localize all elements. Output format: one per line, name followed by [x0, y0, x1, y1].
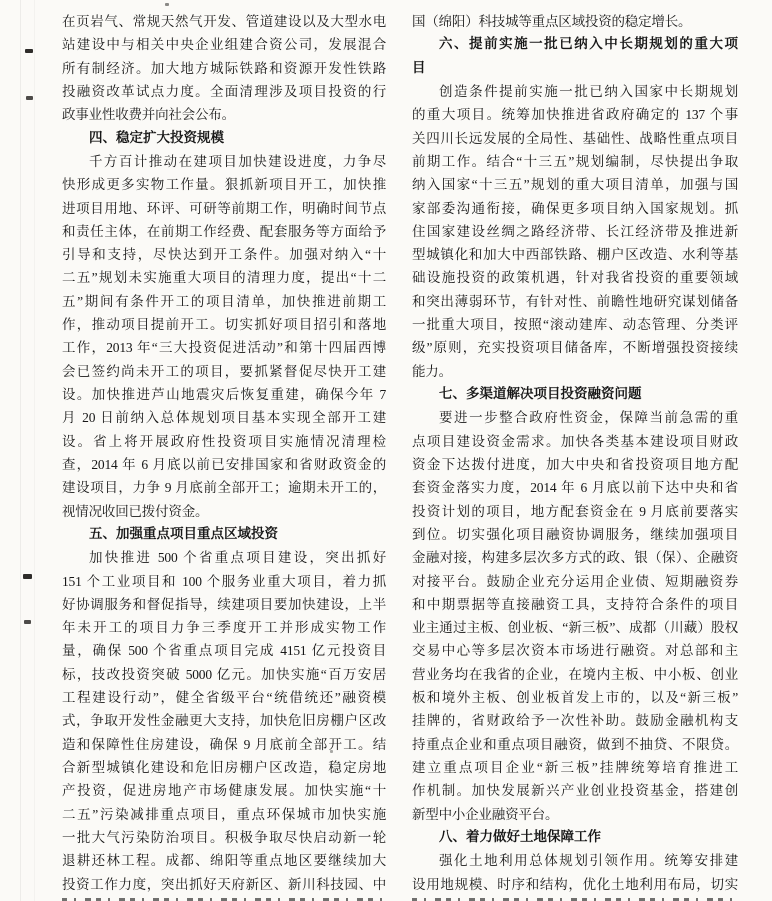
text-line: 业主通过主板、创业板、“新三板”、成都（川藏）股权 — [412, 616, 738, 639]
text-line: 营业务均在我省的企业，在境内主板、中小板、创业 — [412, 663, 738, 686]
text-line: 千方百计推动在建项目加快建设进度，力争尽 — [62, 150, 386, 173]
scan-fold-line — [34, 0, 35, 901]
text-line: 量，确保 500 个省重点项目完成 4151 亿元投资目 — [62, 639, 386, 662]
text-line: 前期工作。结合“十三五”规划编制，尽快提出争取 — [412, 150, 738, 173]
scan-speck — [26, 96, 33, 100]
heading-line: 五、加强重点项目重点区域投资 — [62, 523, 386, 546]
scan-speck — [25, 49, 33, 53]
scan-fold-line — [20, 0, 21, 901]
text-line: 一批大气污染防治项目。积极争取尽快启动新一轮 — [62, 826, 386, 849]
text-line: 资金下达拨付进度，加大中央和省投资项目地方配 — [412, 453, 738, 476]
text-line: 和责任主体，在前期工作经费、配套服务等方面给予 — [62, 220, 386, 243]
text-column-right: 国（绵阳）科技城等重点区域投资的稳定增长。六、提前实施一批已纳入中长期规划的重大… — [412, 10, 738, 896]
text-line: 设用地规模、时序和结构，优化土地利用布局，切实 — [412, 873, 738, 896]
heading-line: 四、稳定扩大投资规模 — [62, 127, 386, 150]
text-line: 的重大项目。统筹加快推进省政府确定的 137 个事 — [412, 103, 738, 126]
text-line: 二五”污染减排重点项目，重点环保城市加快实施 — [62, 803, 386, 826]
text-line: 新型中小企业融资平台。 — [412, 803, 738, 826]
text-line: 作，推动项目提前开工。切实抓好项目招引和落地 — [62, 313, 386, 336]
text-line: 式，争取开发性金融更大支持，加快危旧房棚户区改 — [62, 709, 386, 732]
text-line: 政事业性收费并向社会公布。 — [62, 103, 386, 126]
text-line: 要进一步整合政府性资金，保障当前急需的重 — [412, 406, 738, 429]
text-line: 工程建设行动”，健全省级平台“统借统还”融资模 — [62, 686, 386, 709]
heading-line: 目 — [412, 57, 738, 80]
scan-speck — [24, 620, 31, 624]
text-line: 151 个工业项目和 100 个服务业重大项目，着力抓 — [62, 570, 386, 593]
text-line: 快形成更多实物工作量。狠抓新项目开工，加快推 — [62, 173, 386, 196]
text-line: 和中期票据等直接融资工具，支持符合条件的项目 — [412, 593, 738, 616]
text-line: 住国家建设丝绸之路经济带、长江经济带及推进新 — [412, 220, 738, 243]
text-line: 投资工作力度，突出抓好天府新区、新川科技园、中 — [62, 873, 386, 896]
screenshot-root: { "document": { "kind": "scanned-governm… — [0, 0, 772, 901]
text-line: 级”原则，充实投资项目储备库，不断增强投资接续 — [412, 336, 738, 359]
text-line: 造和保障性住房建设，确保 9 月底前全部开工。结 — [62, 733, 386, 756]
scanned-page: 在页岩气、常规天然气开发、管道建设以及大型水电站建设中与相关中央企业组建合资公司… — [0, 0, 772, 901]
text-line: 工作，2013 年“三大投资促进活动”和第十四届西博 — [62, 336, 386, 359]
text-column-left: 在页岩气、常规天然气开发、管道建设以及大型水电站建设中与相关中央企业组建合资公司… — [62, 10, 386, 896]
heading-line: 六、提前实施一批已纳入中长期规划的重大项 — [412, 33, 738, 56]
text-line: 五”期间有条件开工的项目清单，加快推进前期工 — [62, 290, 386, 313]
text-line: 建设项目，力争 9 月底前全部开工；逾期未开工的， — [62, 476, 386, 499]
text-line: 引导和支持，尽快达到开工条件。加强对纳入“十 — [62, 243, 386, 266]
text-line: 能力。 — [412, 360, 738, 383]
text-line: 挂牌的，省财政给予一次性补助。鼓励金融机构支 — [412, 709, 738, 732]
text-line: 交易中心等多层次资本市场进行融资。对总部和主 — [412, 639, 738, 662]
text-line: 站建设中与相关中央企业组建合资公司，发展混合 — [62, 33, 386, 56]
text-line: 进项目用地、环评、可研等前期工作，明确时间节点 — [62, 197, 386, 220]
text-line: 点项目建设资金需求。加快各类基本建设项目财政 — [412, 430, 738, 453]
text-line: 一批重大项目，按照“滚动建库、动态管理、分类评 — [412, 313, 738, 336]
text-line: 到位。切实强化项目融资协调服务，继续加强项目 — [412, 523, 738, 546]
text-line: 创造条件提前实施一批已纳入国家中长期规划 — [412, 80, 738, 103]
text-line: 查，2014 年 6 月底以前已安排国家和省财政资金的 — [62, 453, 386, 476]
text-line: 板和境外主板、创业板首发上市的，以及“新三板” — [412, 686, 738, 709]
text-line: 作机制。加快发展新兴产业创业投资基金，搭建创 — [412, 779, 738, 802]
text-line: 建立重点项目企业“新三板”挂牌统筹培育推进工 — [412, 756, 738, 779]
text-line: 设。省上将开展政府性投资项目实施情况清理检 — [62, 430, 386, 453]
text-line: 月 20 日前纳入总体规划项目基本实现全部开工建 — [62, 406, 386, 429]
text-line: 视情况收回已拨付资金。 — [62, 500, 386, 523]
text-line: 加快推进 500 个省重点项目建设，突出抓好 — [62, 546, 386, 569]
text-line: 投融资改革试点力度。全面清理涉及项目投资的行 — [62, 80, 386, 103]
scan-speck — [165, 3, 169, 6]
text-line: 关四川长远发展的全局性、基础性、战略性重点项目 — [412, 127, 738, 150]
text-line: 纳入国家“十三五”规划的重大项目清单，加强与国 — [412, 173, 738, 196]
text-line: 二五”规划未实施重大项目的清理力度，提出“十二 — [62, 266, 386, 289]
text-line: 型城镇化和加大中西部铁路、棚户区改造、水利等基 — [412, 243, 738, 266]
text-line: 合新型城镇化建设和危旧房棚户区改造，稳定房地 — [62, 756, 386, 779]
text-line: 国（绵阳）科技城等重点区域投资的稳定增长。 — [412, 10, 738, 33]
scan-speck — [23, 574, 32, 579]
text-line: 对接平台。鼓励企业充分运用企业债、短期融资券 — [412, 570, 738, 593]
text-line: 年未开工的项目力争三季度开工并形成实物工作 — [62, 616, 386, 639]
text-line: 好协调服务和督促指导，续建项目要加快建设，上半 — [62, 593, 386, 616]
text-line: 金融对接，构建多层次多方式的政、银（保）、企融资 — [412, 546, 738, 569]
text-line: 投资计划的项目，地方配套资金在 9 月底前要落实 — [412, 500, 738, 523]
text-line: 所有制经济。加大地方城际铁路和资源开发性铁路 — [62, 57, 386, 80]
text-line: 和突出薄弱环节，有针对性、前瞻性地研究谋划储备 — [412, 290, 738, 313]
text-line: 在页岩气、常规天然气开发、管道建设以及大型水电 — [62, 10, 386, 33]
text-line: 础设施投资的政策机遇，针对我省投资的重要领域 — [412, 266, 738, 289]
text-line: 家部委沟通衔接，确保更多项目纳入国家规划。抓 — [412, 197, 738, 220]
text-line: 套资金落实力度，2014 年 6 月底以前下达中央和省 — [412, 476, 738, 499]
heading-line: 七、多渠道解决项目投资融资问题 — [412, 383, 738, 406]
text-line: 强化土地利用总体规划引领作用。统筹安排建 — [412, 849, 738, 872]
text-line: 产投资，促进房地产市场健康发展。加快实施“十 — [62, 779, 386, 802]
text-line: 持重点企业和重点项目融资，做到不抽贷、不限贷。 — [412, 733, 738, 756]
text-line: 设。加快推进芦山地震灾后恢复重建，确保今年 7 — [62, 383, 386, 406]
heading-line: 八、着力做好土地保障工作 — [412, 826, 738, 849]
text-line: 会已签约尚未开工的项目，要抓紧督促尽快开工建 — [62, 360, 386, 383]
text-line: 标，技改投资突破 5000 亿元。加快实施“百万安居 — [62, 663, 386, 686]
text-line: 退耕还林工程。成都、绵阳等重点地区要继续加大 — [62, 849, 386, 872]
